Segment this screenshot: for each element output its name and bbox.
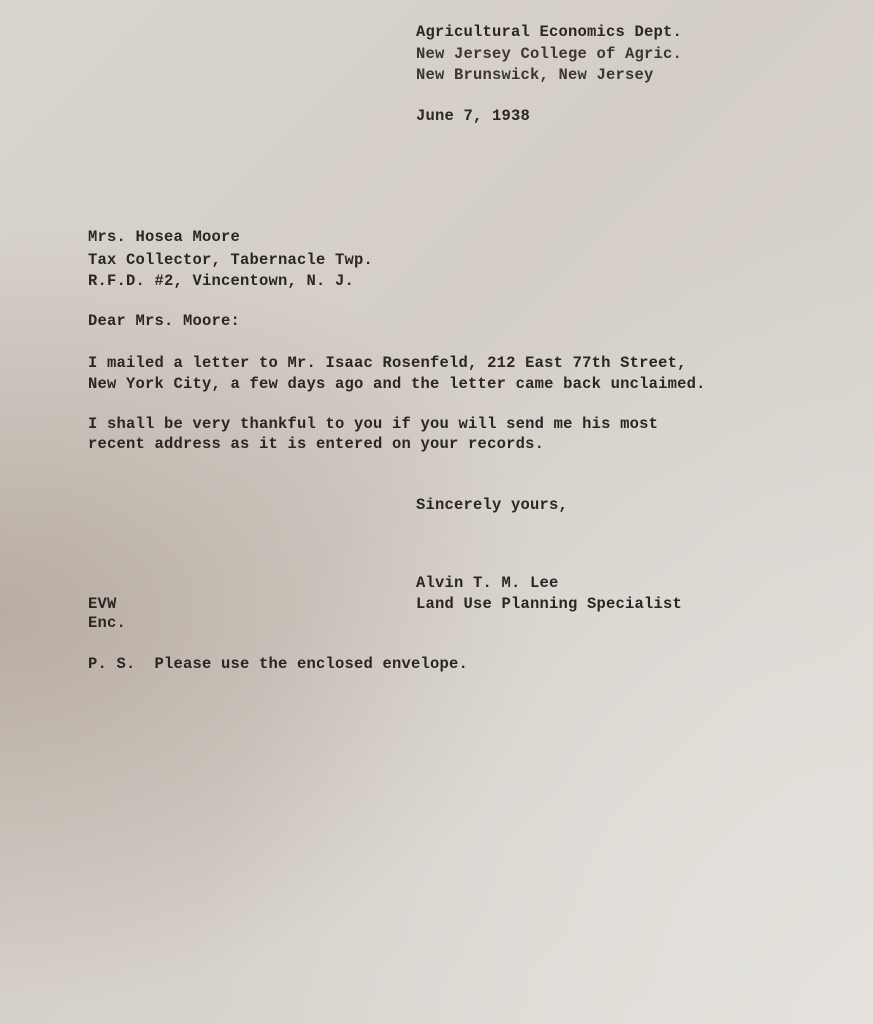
letterhead-city: New Brunswick, New Jersey <box>416 65 654 85</box>
signer-title: Land Use Planning Specialist <box>416 594 682 614</box>
recipient-title: Tax Collector, Tabernacle Twp. <box>88 250 373 270</box>
paragraph-line: New York City, a few days ago and the le… <box>88 374 706 394</box>
paragraph-line: I mailed a letter to Mr. Isaac Rosenfeld… <box>88 353 687 373</box>
enclosure-note: Enc. <box>88 613 126 633</box>
salutation: Dear Mrs. Moore: <box>88 311 240 331</box>
typed-letter: Agricultural Economics Dept. New Jersey … <box>0 0 873 1024</box>
letterhead-department: Agricultural Economics Dept. <box>416 22 682 42</box>
closing: Sincerely yours, <box>416 495 568 515</box>
recipient-name: Mrs. Hosea Moore <box>88 227 240 247</box>
letter-date: June 7, 1938 <box>416 106 530 126</box>
signer-name: Alvin T. M. Lee <box>416 573 559 593</box>
postscript: P. S. Please use the enclosed envelope. <box>88 654 468 674</box>
paragraph-line: I shall be very thankful to you if you w… <box>88 414 658 434</box>
letterhead-college: New Jersey College of Agric. <box>416 44 682 64</box>
recipient-street: R.F.D. #2, Vincentown, N. J. <box>88 271 354 291</box>
paragraph-line: recent address as it is entered on your … <box>88 434 544 454</box>
typist-initials: EVW <box>88 594 117 614</box>
